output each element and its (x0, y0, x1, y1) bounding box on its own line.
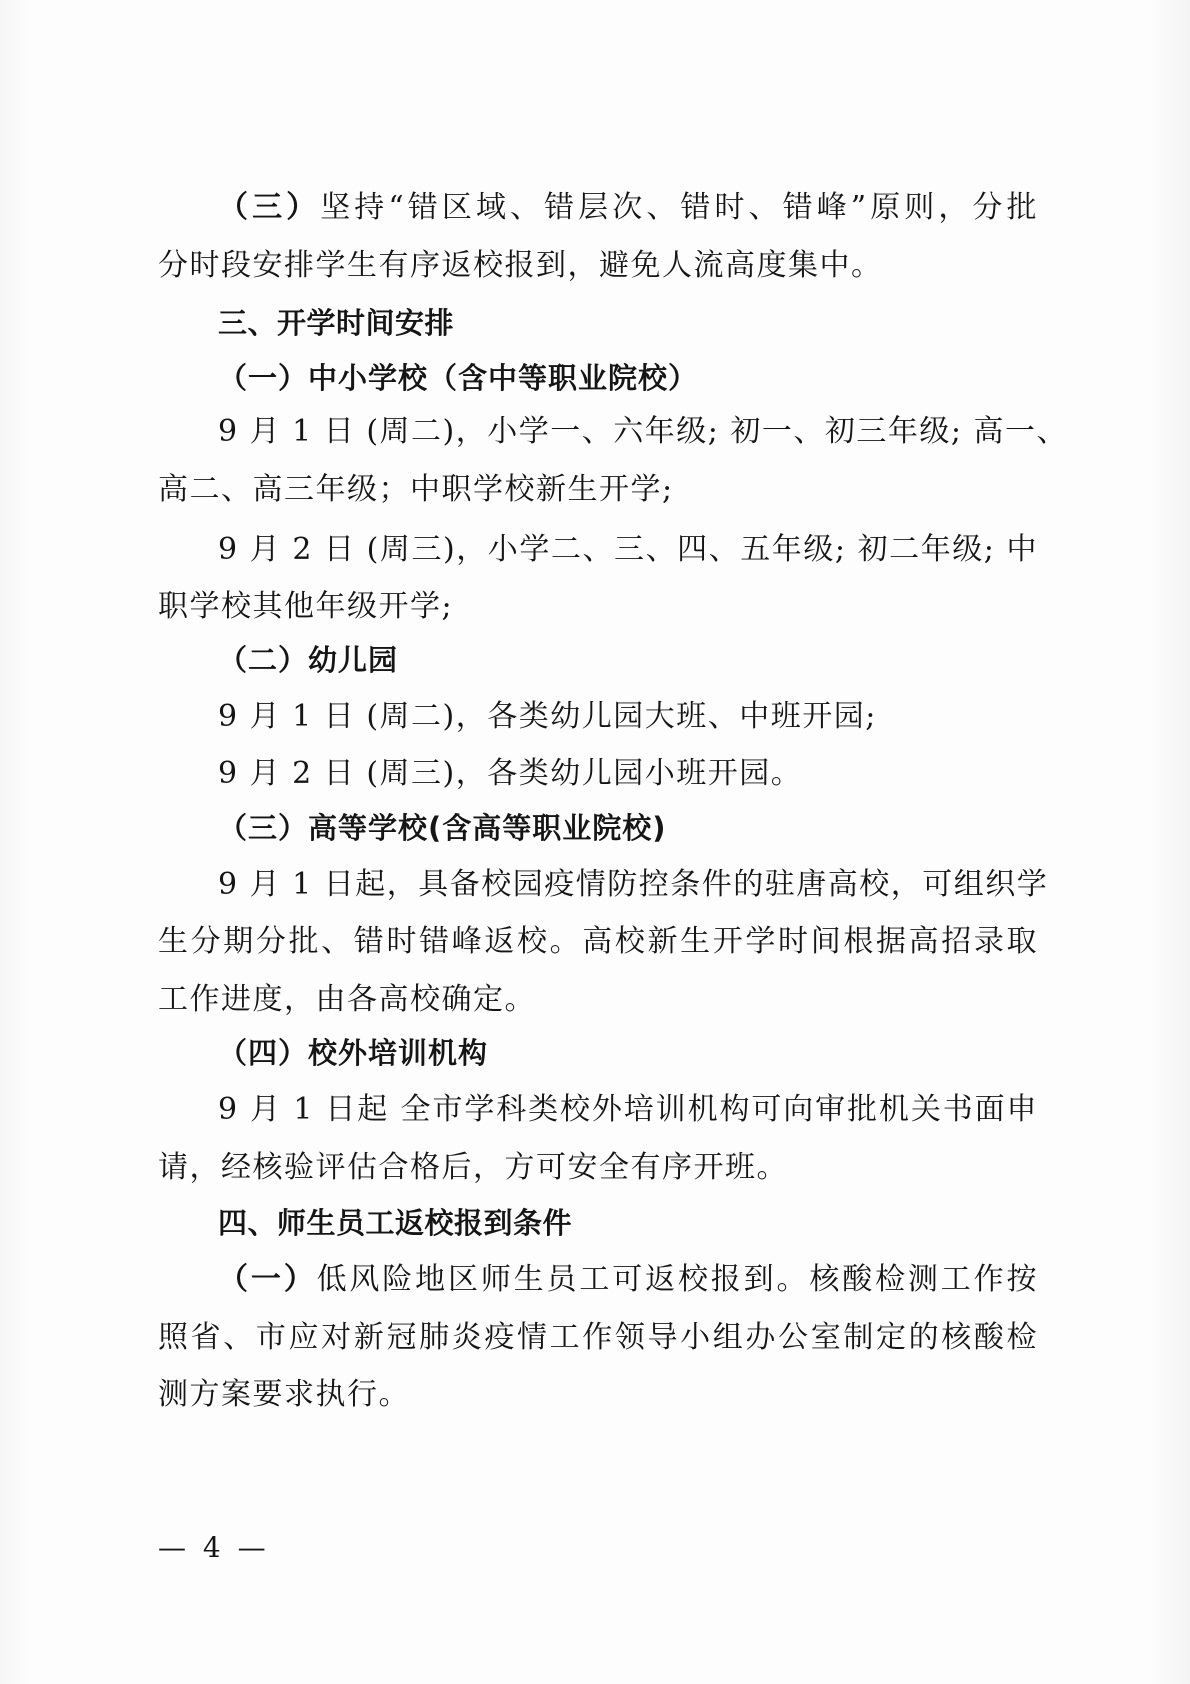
paragraph-line: （一）低风险地区师生员工可返校报到。核酸检测工作按 (218, 1260, 1038, 1300)
paragraph-line: 生分期分批、错时错峰返校。高校新生开学时间根据高招录取 (158, 922, 1038, 962)
paragraph-text: 低风险地区师生员工可返校报到。核酸检测工作按 (317, 1262, 1038, 1297)
page-number: — 4 — (158, 1530, 270, 1566)
paragraph-text: 坚持“错区域、错层次、错时、错峰”原则，分批 (320, 190, 1038, 225)
paragraph-line: 工作进度，由各高校确定。 (158, 980, 1038, 1020)
paragraph-line: 9 月 2 日 (周三)，各类幼儿园小班开园。 (218, 754, 1098, 794)
paragraph-line: 9 月 1 日 (周二)，各类幼儿园大班、中班开园; (218, 697, 1098, 737)
subsection-heading: （四）校外培训机构 (218, 1033, 1098, 1073)
item-number: （一） (218, 1262, 317, 1297)
section-heading: 四、师生员工返校报到条件 (218, 1203, 1098, 1243)
paragraph-line: （三）坚持“错区域、错层次、错时、错峰”原则，分批 (218, 188, 1038, 228)
paragraph-line: 9 月 2 日 (周三)，小学二、三、四、五年级; 初二年级; 中 (218, 530, 1038, 570)
item-number: （三） (218, 190, 320, 225)
paragraph-line: 测方案要求执行。 (158, 1375, 1038, 1415)
paragraph-line: 9 月 1 日 (周二)，小学一、六年级; 初一、初三年级; 高一、 (218, 412, 1038, 452)
subsection-heading: （二）幼儿园 (218, 640, 1098, 680)
paragraph-line: 请，经核验评估合格后，方可安全有序开班。 (158, 1148, 1038, 1188)
paragraph-line: 高二、高三年级；中职学校新生开学; (158, 470, 1038, 510)
paragraph-line: 分时段安排学生有序返校报到，避免人流高度集中。 (158, 246, 1038, 286)
subsection-heading: （三）高等学校(含高等职业院校) (218, 808, 1098, 848)
paragraph-line: 9 月 1 日起，具备校园疫情防控条件的驻唐高校，可组织学 (218, 865, 1038, 905)
document-page: （三）坚持“错区域、错层次、错时、错峰”原则，分批 分时段安排学生有序返校报到，… (0, 0, 1190, 1684)
section-heading: 三、开学时间安排 (218, 303, 1098, 343)
paragraph-line: 9 月 1 日起 全市学科类校外培训机构可向审批机关书面申 (218, 1090, 1038, 1130)
paragraph-line: 职学校其他年级开学; (158, 587, 1038, 627)
subsection-heading: （一）中小学校（含中等职业院校） (218, 358, 1098, 398)
paragraph-line: 照省、市应对新冠肺炎疫情工作领导小组办公室制定的核酸检 (158, 1318, 1038, 1358)
